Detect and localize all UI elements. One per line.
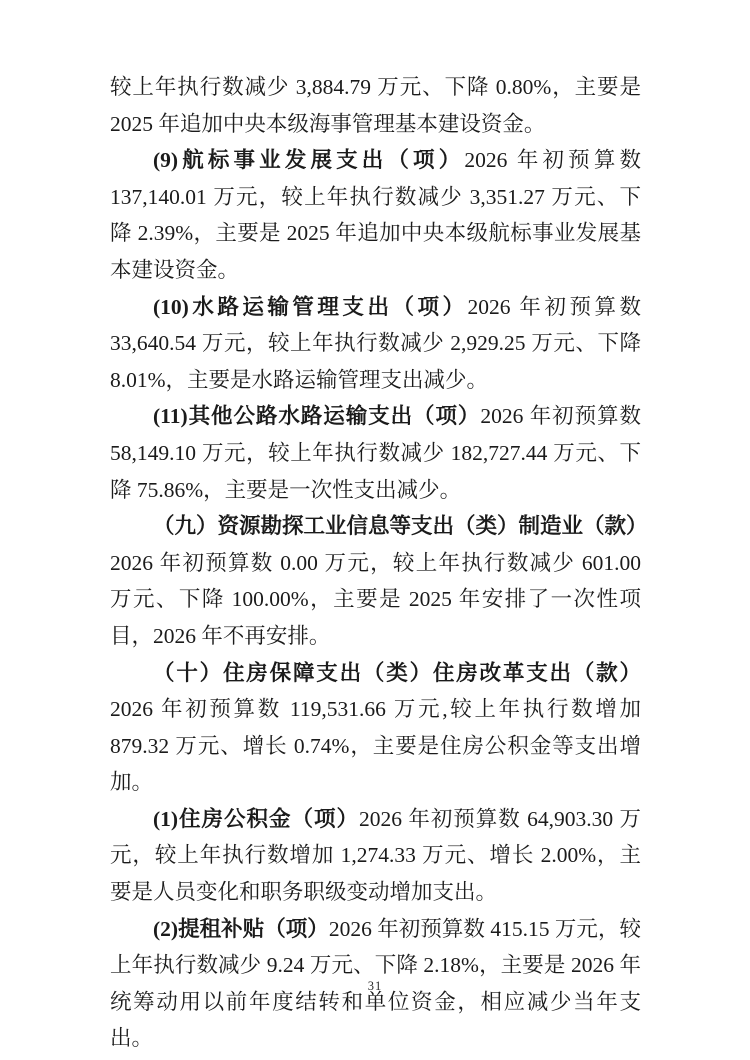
paragraph-lead: (2)提租补贴（项） <box>153 917 329 941</box>
paragraph-lead: （九）资源勘探工业信息等支出（类）制造业（款） <box>153 514 648 538</box>
paragraph-text: 2026 年初预算数 119,531.66 万元,较上年执行数增加 879.32… <box>110 697 641 794</box>
paragraph-lead: (11)其他公路水路运输支出（项） <box>153 404 480 428</box>
paragraph: (11)其他公路水路运输支出（项）2026 年初预算数 58,149.10 万元… <box>110 398 641 508</box>
paragraph: （九）资源勘探工业信息等支出（类）制造业（款）2026 年初预算数 0.00 万… <box>110 508 641 654</box>
paragraph-lead: (10)水路运输管理支出（项） <box>153 295 468 319</box>
paragraph-lead: (1)住房公积金（项） <box>153 807 359 831</box>
paragraph-lead: （十）住房保障支出（类）住房改革支出（款） <box>153 661 641 685</box>
paragraph: (9)航标事业发展支出（项）2026 年初预算数 137,140.01 万元，较… <box>110 142 641 288</box>
page-number: 31 <box>0 979 750 994</box>
paragraph: (10)水路运输管理支出（项）2026 年初预算数 33,640.54 万元，较… <box>110 289 641 399</box>
paragraph: （十）住房保障支出（类）住房改革支出（款）2026 年初预算数 119,531.… <box>110 655 641 801</box>
document-page: 较上年执行数减少 3,884.79 万元、下降 0.80%，主要是 2025 年… <box>0 0 750 1060</box>
document-body: 较上年执行数减少 3,884.79 万元、下降 0.80%，主要是 2025 年… <box>110 69 641 1057</box>
paragraph-text: 2026 年初预算数 0.00 万元，较上年执行数减少 601.00 万元、下降… <box>110 551 641 648</box>
paragraph: 较上年执行数减少 3,884.79 万元、下降 0.80%，主要是 2025 年… <box>110 69 641 142</box>
paragraph-lead: (9)航标事业发展支出（项） <box>153 148 464 172</box>
paragraph: (1)住房公积金（项）2026 年初预算数 64,903.30 万元，较上年执行… <box>110 801 641 911</box>
paragraph-text: 较上年执行数减少 3,884.79 万元、下降 0.80%，主要是 2025 年… <box>110 75 641 136</box>
